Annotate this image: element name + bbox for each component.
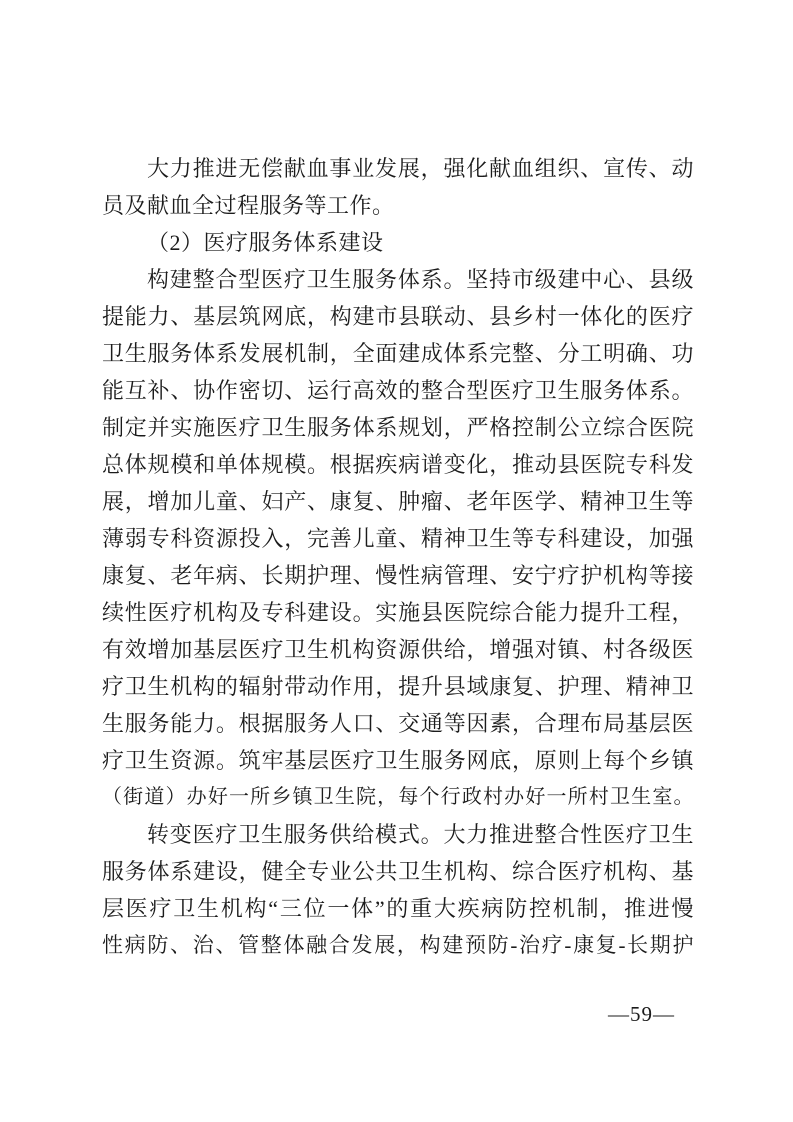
text-line: 员及献血全过程服务等工作。 (102, 187, 694, 224)
text-line: 康复、老年病、长期护理、慢性病管理、安宁疗护机构等接 (102, 557, 694, 594)
text-line: 大力推进无偿献血事业发展，强化献血组织、宣传、动 (102, 150, 694, 187)
paragraph-service-supply-mode: 转变医疗卫生服务供给模式。大力推进整合性医疗卫生服务体系建设，健全专业公共卫生机… (102, 816, 694, 964)
text-line: 生服务能力。根据服务人口、交通等因素，合理布局基层医 (102, 705, 694, 742)
text-line: 提能力、基层筑网底，构建市县联动、县乡村一体化的医疗 (102, 298, 694, 335)
document-body: 大力推进无偿献血事业发展，强化献血组织、宣传、动员及献血全过程服务等工作。（2）… (102, 150, 694, 964)
text-line: 转变医疗卫生服务供给模式。大力推进整合性医疗卫生 (102, 816, 694, 853)
text-line: 服务体系建设，健全专业公共卫生机构、综合医疗机构、基 (102, 853, 694, 890)
text-line: 总体规模和单体规模。根据疾病谱变化，推动县医院专科发 (102, 446, 694, 483)
text-line: 构建整合型医疗卫生服务体系。坚持市级建中心、县级 (102, 261, 694, 298)
text-line: 展，增加儿童、妇产、康复、肿瘤、老年医学、精神卫生等 (102, 483, 694, 520)
heading-medical-service-system: （2）医疗服务体系建设 (102, 224, 694, 261)
text-line: 卫生服务体系发展机制，全面建成体系完整、分工明确、功 (102, 335, 694, 372)
page-number: —59— (608, 1001, 675, 1027)
text-line: （2）医疗服务体系建设 (102, 224, 694, 261)
text-line: （街道）办好一所乡镇卫生院，每个行政村办好一所村卫生室。 (102, 779, 694, 816)
text-line: 疗卫生机构的辐射带动作用，提升县域康复、护理、精神卫 (102, 668, 694, 705)
document-page: 大力推进无偿献血事业发展，强化献血组织、宣传、动员及献血全过程服务等工作。（2）… (0, 0, 793, 1122)
paragraph-integrated-health-system: 构建整合型医疗卫生服务体系。坚持市级建中心、县级提能力、基层筑网底，构建市县联动… (102, 261, 694, 816)
paragraph-blood-donation: 大力推进无偿献血事业发展，强化献血组织、宣传、动员及献血全过程服务等工作。 (102, 150, 694, 224)
text-line: 薄弱专科资源投入，完善儿童、精神卫生等专科建设，加强 (102, 520, 694, 557)
text-line: 层医疗卫生机构“三位一体”的重大疾病防控机制，推进慢 (102, 890, 694, 927)
text-line: 性病防、治、管整体融合发展，构建预防-治疗-康复-长期护 (102, 927, 694, 964)
text-line: 有效增加基层医疗卫生机构资源供给，增强对镇、村各级医 (102, 631, 694, 668)
text-line: 疗卫生资源。筑牢基层医疗卫生服务网底，原则上每个乡镇 (102, 742, 694, 779)
text-line: 续性医疗机构及专科建设。实施县医院综合能力提升工程， (102, 594, 694, 631)
text-line: 能互补、协作密切、运行高效的整合型医疗卫生服务体系。 (102, 372, 694, 409)
text-line: 制定并实施医疗卫生服务体系规划，严格控制公立综合医院 (102, 409, 694, 446)
